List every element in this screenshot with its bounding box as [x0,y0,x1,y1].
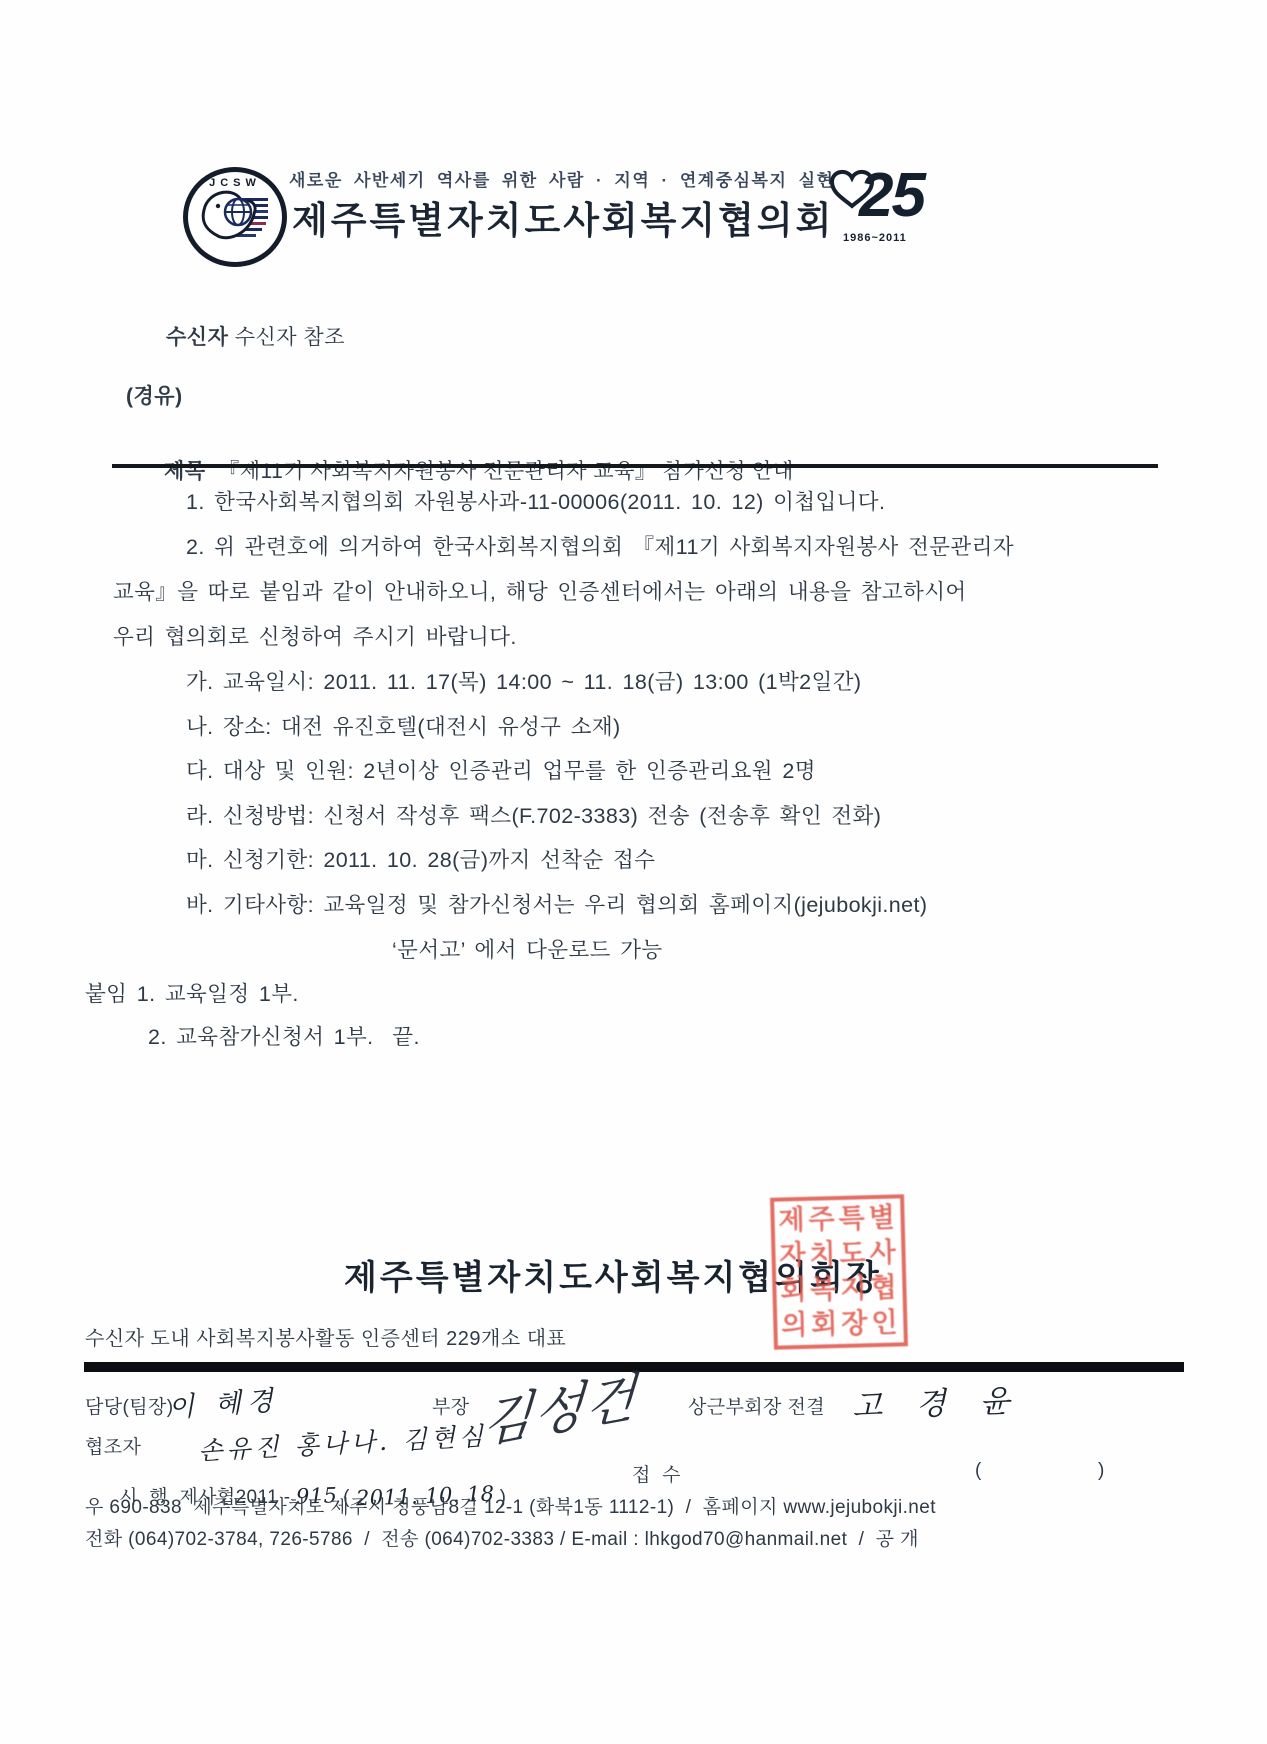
anniversary-years: 1986~2011 [843,232,907,244]
recipients-list-line: 수신자 도내 사회복지봉사활동 인증센터 229개소 대표 [85,1322,566,1351]
list-item-ga: 가. 교육일시: 2011. 11. 17(목) 14:00 ~ 11. 18(… [186,665,861,696]
receipt-paren-open: ( [975,1460,982,1482]
attachment-line-1: 붙임 1. 교육일정 1부. [85,977,299,1008]
list-item-ba-continued: ‘문서고’ 에서 다운로드 가능 [392,933,663,964]
subject-divider [112,464,1158,468]
body-para2-line3: 우리 협의회로 신청하여 주시기 바랍니다. [113,620,517,651]
list-item-ba: 바. 기타사항: 교육일정 및 참가신청서는 우리 협의회 홈페이지(jejub… [186,888,927,919]
recipient-line: 수신자 수신자 참조 [128,297,345,375]
list-item-ma: 마. 신청기한: 2011. 10. 28(금)까지 선착순 접수 [186,843,655,874]
body-para2-line1: 2. 위 관련호에 의거하여 한국사회복지협의회 『제11기 사회복지자원봉사 … [186,530,1014,561]
contact-line: 전화 (064)702-3784, 726-5786 / 전송 (064)702… [85,1524,919,1551]
body-para1: 1. 한국사회복지협의회 자원봉사과-11-00006(2011. 10. 12… [186,485,885,516]
receipt-label: 접 수 [632,1460,681,1487]
dove-globe-icon [188,176,272,256]
header-slogan: 새로운 사반세기 역사를 위한 사람 · 지역 · 연계중심복지 실현 [289,166,834,191]
cooperator-label: 협조자 [85,1432,141,1459]
jcsw-logo-icon: JCSW [183,167,287,267]
recipient-label: 수신자 [166,326,228,349]
vice-chair-signature: 고 경 윤 [851,1375,1022,1426]
anniversary-25-logo: 25 1986~2011 [833,166,963,258]
director-label: 부장 [432,1392,470,1419]
scanned-official-letter: JCSW 새로운 사반세기 역사를 위한 사람 · 지역 · 연계중심복지 실현… [0,0,1267,1744]
anniversary-number: 25 [859,160,924,231]
list-item-ra: 라. 신청방법: 신청서 작성후 팩스(F.702-3383) 전송 (전송후 … [186,799,881,830]
manager-label: 담당(팀장) [85,1392,173,1419]
via-line: (경유) [126,380,183,410]
official-seal-stamp: 제주특별자치도사회복지협의회장인 [770,1194,908,1349]
receipt-paren-close: ) [1098,1460,1105,1482]
body-para2-line2: 교육』을 따로 붙임과 같이 안내하오니, 해당 인증센터에서는 아래의 내용을… [113,575,967,606]
list-item-na: 나. 장소: 대전 유진호텔(대전시 유성구 소재) [186,710,621,741]
recipient-value: 수신자 참조 [235,326,345,349]
list-item-da: 다. 대상 및 인원: 2년이상 인증관리 업무를 한 인증관리요원 2명 [186,754,816,785]
org-name: 제주특별자치도사회복지협의회 [292,190,834,244]
address-line: 우 690-838 제주특별자치도 제주시 청풍남8길 12-1 (화북1동 1… [85,1492,936,1519]
vice-chair-label: 상근부회장 전결 [688,1392,825,1419]
attachment-line-2: 2. 교육참가신청서 1부. 끝. [148,1020,420,1051]
manager-signature: 이 혜경 [167,1378,280,1425]
